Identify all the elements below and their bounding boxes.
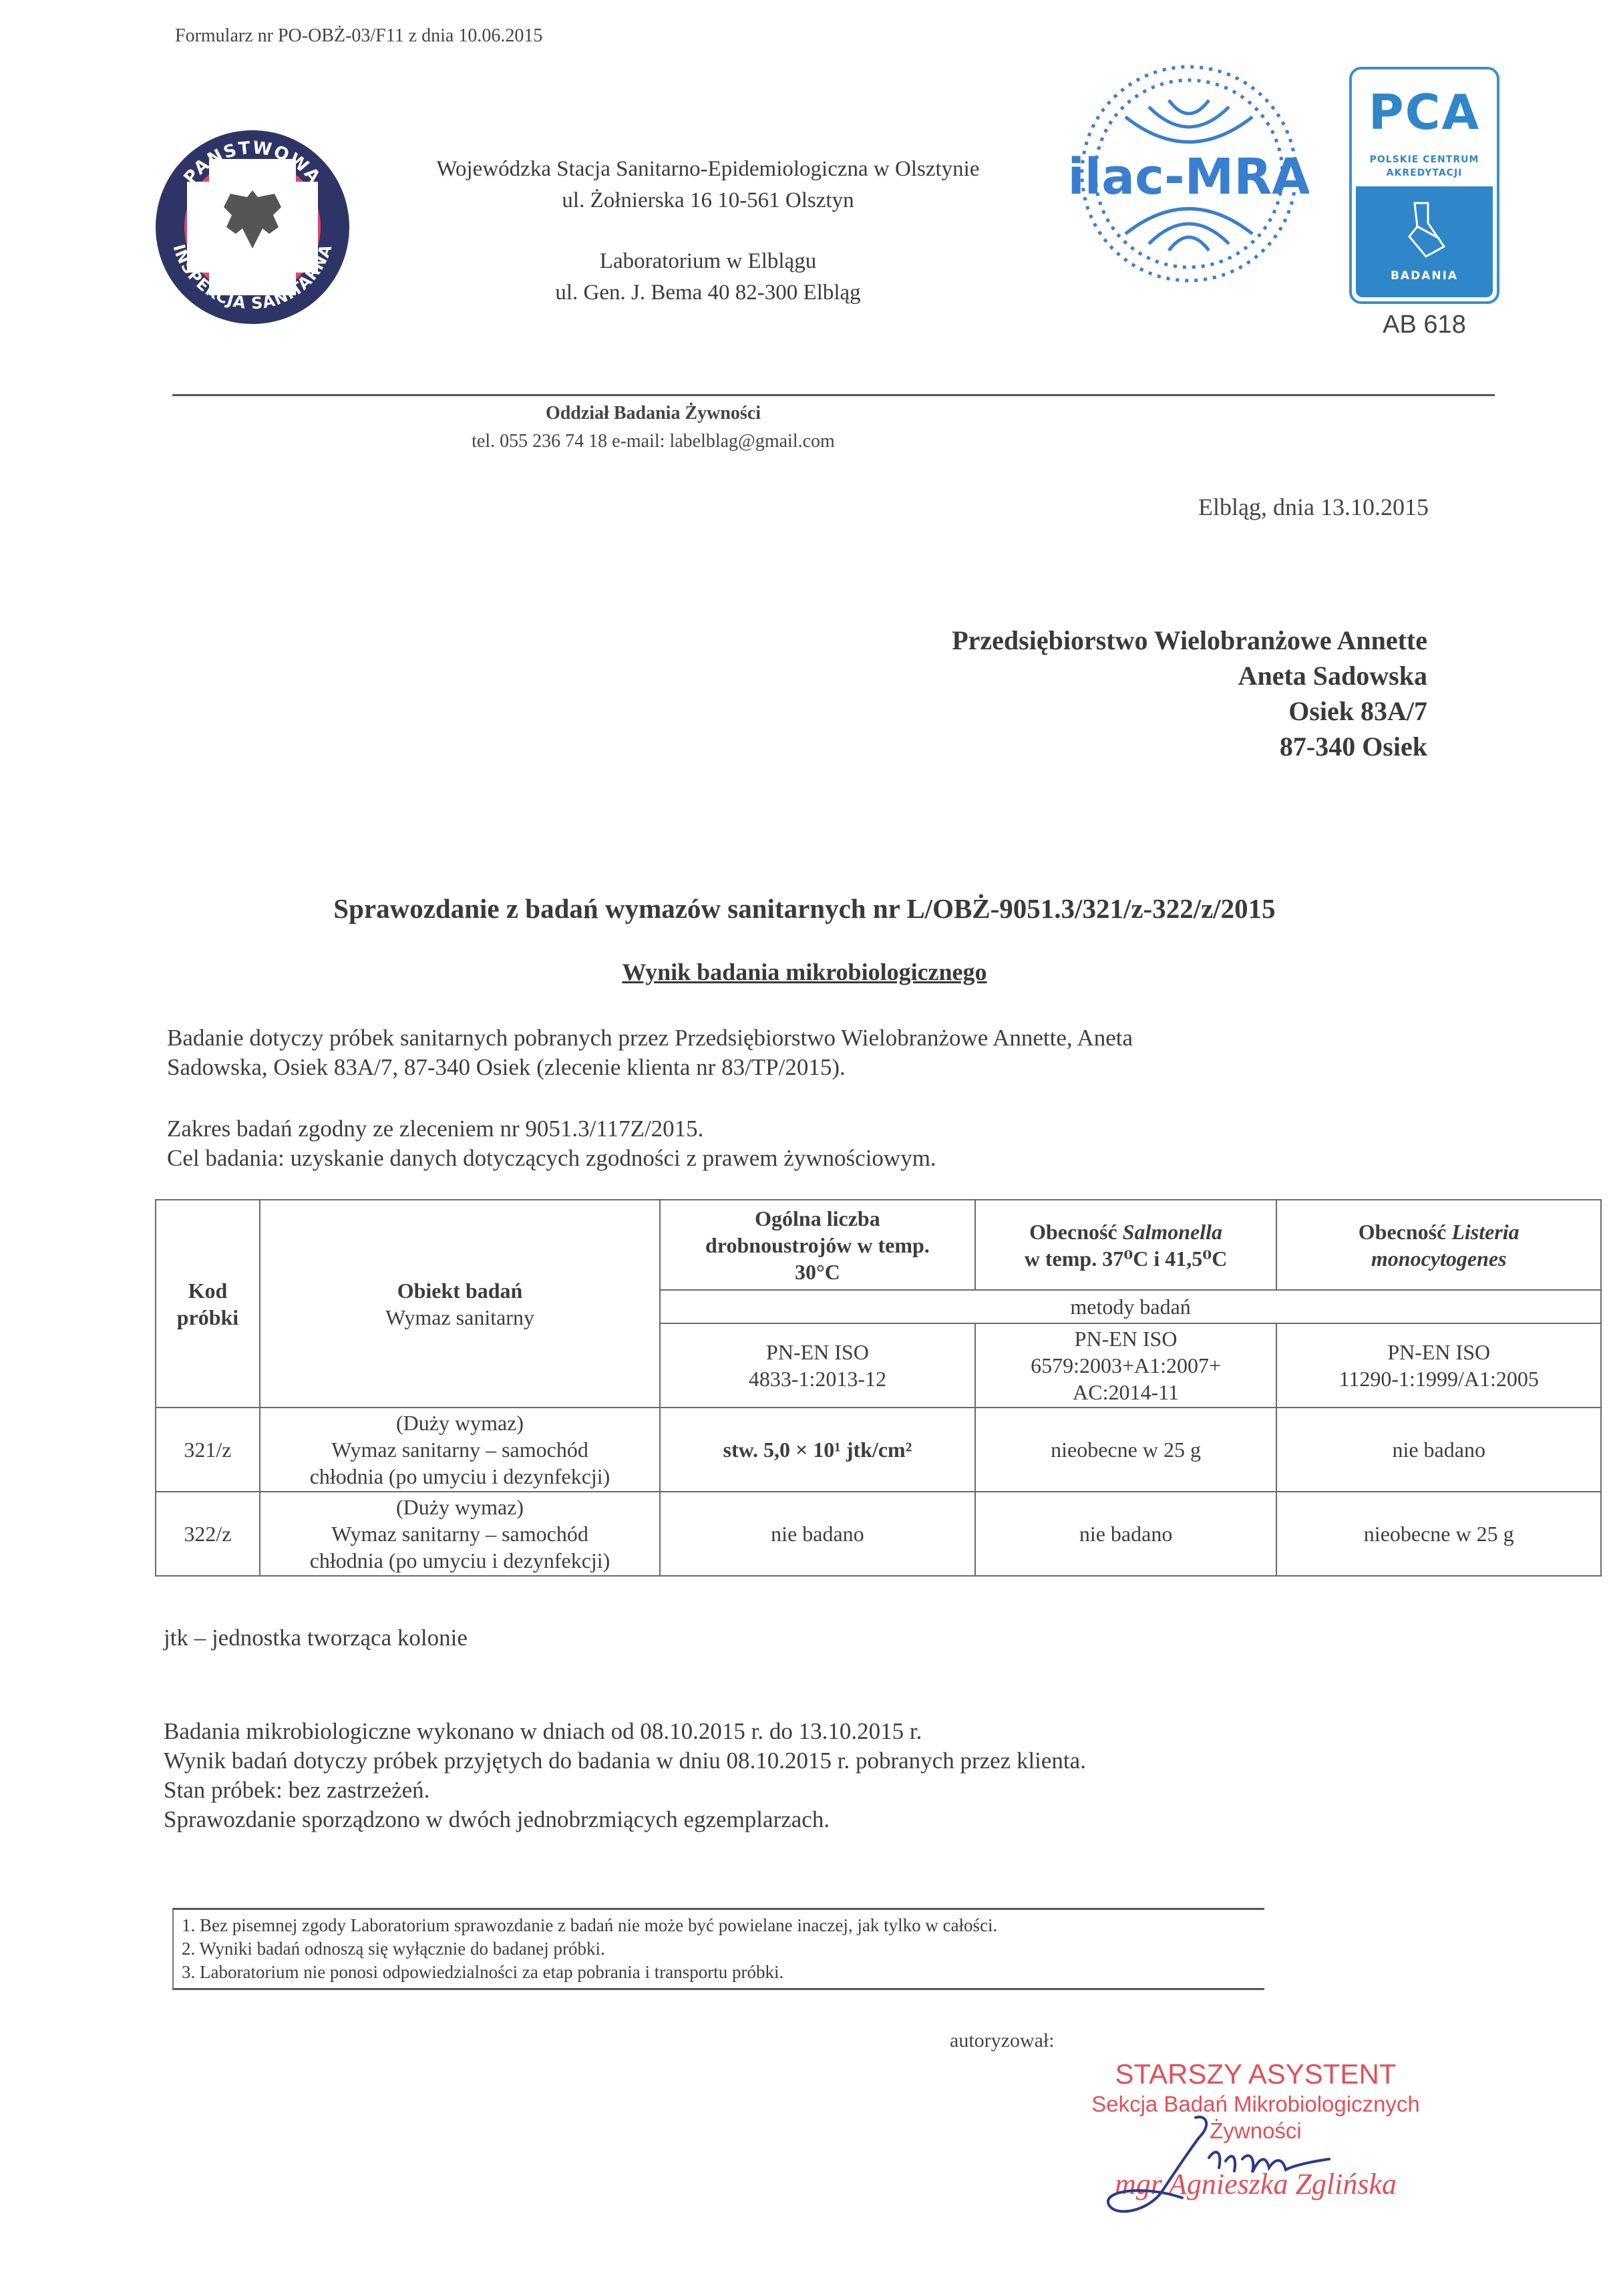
sample-object-line2: Wymaz sanitarny – samochód (264, 1436, 655, 1463)
note-item: Sprawozdanie sporządzono w dwóch jednobr… (164, 1805, 1086, 1834)
header-test-object-title: Obiekt badań (264, 1277, 655, 1304)
pca-section-label: BADANIA (1356, 269, 1493, 283)
unit-legend: jtk – jednostka tworząca kolonie (164, 1625, 468, 1651)
sample-object-line1: (Duży wymaz) (264, 1494, 655, 1520)
method-salmonella-line3: AC:2014-11 (980, 1379, 1272, 1406)
note-item: Badania mikrobiologiczne wykonano w dnia… (164, 1717, 1086, 1746)
header-sample-code-line1: Kod (160, 1277, 255, 1304)
svg-text:ilac-MRA: ilac-MRA (1069, 148, 1309, 206)
disclaimer-box: 1. Bez pisemnej zgody Laboratorium spraw… (172, 1908, 1264, 1990)
sample-object: (Duży wymaz) Wymaz sanitarny – samochód … (260, 1408, 660, 1492)
header-listeria: Obecność Listeria monocytogenes (1276, 1200, 1601, 1290)
header-sample-code-line2: próbki (160, 1304, 255, 1331)
method-salmonella: PN-EN ISO 6579:2003+A1:2007+ AC:2014-11 (975, 1323, 1277, 1408)
pca-subtitle-line1: POLSKIE CENTRUM (1352, 153, 1497, 166)
method-total-line1: PN-EN ISO (665, 1339, 970, 1365)
results-table: Kod próbki Obiekt badań Wymaz sanitarny … (155, 1199, 1602, 1577)
result-salmonella: nieobecne w 25 g (975, 1408, 1277, 1492)
institution-name: Wojewódzka Stacja Sanitarno-Epidemiologi… (374, 154, 1042, 185)
note-item: Wynik badań dotyczy próbek przyjętych do… (164, 1746, 1086, 1776)
header-test-object-subtitle: Wymaz sanitarny (264, 1304, 655, 1331)
sample-object: (Duży wymaz) Wymaz sanitarny – samochód … (260, 1492, 660, 1576)
recipient-name: Aneta Sadowska (952, 658, 1427, 693)
intro-paragraph: Badanie dotyczy próbek sanitarnych pobra… (167, 1023, 1369, 1082)
header-total-line1: Ogólna liczba (665, 1205, 970, 1232)
result-listeria: nieobecne w 25 g (1276, 1492, 1601, 1576)
accreditation-number: AB 618 (1349, 311, 1499, 339)
disclaimer-item: 1. Bez pisemnej zgody Laboratorium spraw… (182, 1914, 1256, 1937)
header-listeria-organism2: monocytogenes (1281, 1245, 1596, 1272)
header-total-line3: 30°C (665, 1259, 970, 1285)
pca-subtitle: POLSKIE CENTRUM AKREDYTACJI (1352, 153, 1497, 180)
header-salmonella-organism: Salmonella (1123, 1220, 1222, 1244)
note-item: Stan próbek: bez zastrzeżeń. (164, 1776, 1086, 1805)
ilac-mra-logo-icon: ilac-MRA (1069, 60, 1309, 287)
header-listeria-organism: Listeria (1451, 1220, 1519, 1244)
header-salmonella-temp: w temp. 37⁰C i 41,5⁰C (980, 1245, 1272, 1272)
department-contact: tel. 055 236 74 18 e-mail: labelblag@gma… (172, 431, 1134, 452)
header-divider (172, 394, 1495, 396)
form-number: Formularz nr PO-OBŻ-03/F11 z dnia 10.06.… (175, 25, 542, 47)
institution-address: ul. Żołnierska 16 10-561 Olsztyn (374, 185, 1042, 216)
purpose-line: Cel badania: uzyskanie danych dotyczącyc… (167, 1144, 1436, 1173)
scope-line: Zakres badań zgodny ze zleceniem nr 9051… (167, 1114, 1436, 1144)
recipient-company: Przedsiębiorstwo Wielobranżowe Annette (952, 623, 1427, 658)
header-sample-code: Kod próbki (156, 1200, 260, 1408)
sample-code: 321/z (156, 1408, 260, 1492)
header-listeria-prefix: Obecność (1359, 1220, 1452, 1244)
authorization-label: autoryzował: (950, 2029, 1055, 2052)
report-subtitle: Wynik badania mikrobiologicznego (0, 958, 1609, 986)
method-listeria: PN-EN ISO 11290-1:1999/A1:2005 (1276, 1323, 1601, 1408)
result-total-count: stw. 5,0 × 10¹ jtk/cm² (660, 1408, 975, 1492)
recipient-address: Przedsiębiorstwo Wielobranżowe Annette A… (952, 623, 1427, 764)
method-total-line2: 4833-1:2013-12 (665, 1365, 970, 1392)
pca-title: PCA (1352, 84, 1497, 140)
table-header-row: Kod próbki Obiekt badań Wymaz sanitarny … (156, 1200, 1601, 1290)
recipient-street: Osiek 83A/7 (952, 693, 1427, 729)
method-total: PN-EN ISO 4833-1:2013-12 (660, 1323, 975, 1408)
lab-address: ul. Gen. J. Bema 40 82-300 Elbląg (374, 277, 1042, 309)
sample-object-line2: Wymaz sanitarny – samochód (264, 1520, 655, 1547)
pca-subtitle-line2: AKREDYTACJI (1352, 166, 1497, 180)
intro-line-2: Sadowska, Osiek 83A/7, 87-340 Osiek (zle… (167, 1053, 1369, 1082)
department-name: Oddział Badania Żywności (172, 403, 1134, 424)
method-salmonella-line1: PN-EN ISO (980, 1325, 1272, 1352)
pca-badania-panel: BADANIA (1356, 186, 1493, 297)
handwritten-signature-icon (1062, 2111, 1363, 2225)
header-test-object: Obiekt badań Wymaz sanitarny (260, 1200, 660, 1408)
sample-object-line3: chłodnia (po umyciu i dezynfekcji) (264, 1463, 655, 1490)
document-date: Elbląg, dnia 13.10.2015 (1198, 493, 1429, 521)
institution-header: Wojewódzka Stacja Sanitarno-Epidemiologi… (374, 154, 1042, 309)
disclaimer-item: 3. Laboratorium nie ponosi odpowiedzialn… (182, 1961, 1256, 1984)
sample-code: 322/z (156, 1492, 260, 1576)
report-title: Sprawozdanie z badań wymazów sanitarnych… (0, 892, 1609, 925)
report-notes: Badania mikrobiologiczne wykonano w dnia… (164, 1717, 1086, 1834)
method-listeria-line2: 11290-1:1999/A1:2005 (1281, 1365, 1596, 1392)
header-salmonella: Obecność Salmonella w temp. 37⁰C i 41,5⁰… (975, 1200, 1277, 1290)
method-salmonella-line2: 6579:2003+A1:2007+ (980, 1352, 1272, 1379)
methods-label: metody badań (660, 1290, 1601, 1323)
result-salmonella: nie badano (975, 1492, 1277, 1576)
intro-line-1: Badanie dotyczy próbek sanitarnych pobra… (167, 1023, 1369, 1053)
table-row: 321/z (Duży wymaz) Wymaz sanitarny – sam… (156, 1408, 1601, 1492)
stamp-title: STARSZY ASYSTENT (1022, 2058, 1489, 2091)
result-total-count: nie badano (660, 1492, 975, 1576)
header-total-line2: drobnoustrojów w temp. (665, 1232, 970, 1259)
scope-paragraph: Zakres badań zgodny ze zleceniem nr 9051… (167, 1114, 1436, 1173)
table-row: 322/z (Duży wymaz) Wymaz sanitarny – sam… (156, 1492, 1601, 1576)
sanitary-inspection-seal-icon: PANSTWOWA INSPEKCJA SANITARNA (152, 127, 353, 327)
header-total-count: Ogólna liczba drobnoustrojów w temp. 30°… (660, 1200, 975, 1290)
sample-object-line1: (Duży wymaz) (264, 1410, 655, 1436)
result-listeria: nie badano (1276, 1408, 1601, 1492)
pca-accreditation-logo: PCA POLSKIE CENTRUM AKREDYTACJI BADANIA (1349, 67, 1499, 304)
sample-object-line3: chłodnia (po umyciu i dezynfekcji) (264, 1547, 655, 1574)
flask-icon (1403, 200, 1449, 260)
recipient-city: 87-340 Osiek (952, 729, 1427, 764)
method-listeria-line1: PN-EN ISO (1281, 1339, 1596, 1365)
disclaimer-item: 2. Wyniki badań odnoszą się wyłącznie do… (182, 1937, 1256, 1961)
lab-name: Laboratorium w Elblągu (374, 246, 1042, 277)
header-salmonella-prefix: Obecność (1029, 1220, 1123, 1244)
